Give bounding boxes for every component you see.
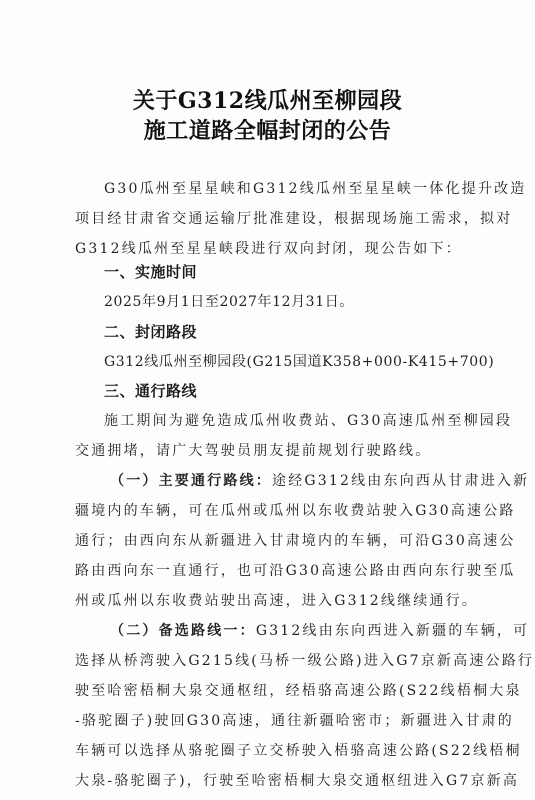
section-heading-implementation-time: 一、实施时间	[104, 263, 197, 281]
intro-line-3: G312线瓜州至星星峡段进行双向封闭，现公告如下：	[75, 240, 462, 258]
route2-line-3: 驶至哈密梧桐大泉交通枢纽，经梧骆高速公路(S22线梧桐大泉	[75, 682, 522, 700]
route1-line-5: 州或瓜州以东收费站驶出高速，进入G312线继续通行。	[75, 592, 478, 610]
route2-lead: （二）备选路线一：	[110, 623, 256, 639]
closed-road-section: G312线瓜州至柳园段(G215国道K358+000-K415+700)	[104, 353, 494, 371]
intro-line-2: 项目经甘肃省交通运输厅批准建设，根据现场施工需求，拟对	[75, 210, 512, 228]
detour-intro-line-2: 交通拥堵，请广大驾驶员朋友提前规划行驶路线。	[75, 442, 431, 460]
intro-line-1: G30瓜州至星星峡和G312线瓜州至星星峡一体化提升改造	[104, 180, 527, 198]
document-page: 关于G312线瓜州至柳园段 施工道路全幅封闭的公告 G30瓜州至星星峡和G312…	[0, 0, 535, 800]
route2-line-5: 车辆可以选择从骆驼圈子立交桥驶入梧骆高速公路(S22线梧桐	[75, 742, 522, 760]
route2-line-2: 选择从桥湾驶入G215线(马桥一级公路)进入G7京新高速公路行	[75, 652, 534, 670]
implementation-period: 2025年9月1日至2027年12月31日。	[104, 293, 354, 311]
route2-paragraph-line-1: （二）备选路线一：G312线由东向西进入新疆的车辆，可	[110, 622, 529, 640]
section-heading-detour-routes: 三、通行路线	[104, 382, 197, 400]
detour-intro-line-1: 施工期间为避免造成瓜州收费站、G30高速瓜州至柳园段	[104, 412, 512, 430]
document-title-line-2: 施工道路全幅封闭的公告	[0, 114, 535, 145]
route1-text: 途经G312线由东向西从甘肃进入新	[272, 473, 529, 489]
section-heading-closed-section: 二、封闭路段	[104, 323, 197, 341]
route1-line-3: 通行；由西向东从新疆进入甘肃境内的车辆，可沿G30高速公	[75, 532, 516, 550]
route1-lead: （一）主要通行路线：	[110, 473, 272, 489]
route2-line-4: -骆驼圈子)驶回G30高速，通往新疆哈密市；新疆进入甘肃的	[75, 712, 514, 730]
document-title-line-1: 关于G312线瓜州至柳园段	[0, 84, 535, 115]
route2-line-6: 大泉-骆驼圈子)，行驶至哈密梧桐大泉交通枢纽进入G7京新高	[75, 772, 519, 790]
route1-paragraph-line-1: （一）主要通行路线：途经G312线由东向西从甘肃进入新	[110, 472, 529, 490]
route2-text: G312线由东向西进入新疆的车辆，可	[256, 623, 530, 639]
route1-line-2: 疆境内的车辆，可在瓜州或瓜州以东收费站驶入G30高速公路	[75, 502, 516, 520]
route1-line-4: 路由西向东一直通行，也可沿G30高速公路由西向东行驶至瓜	[75, 562, 516, 580]
